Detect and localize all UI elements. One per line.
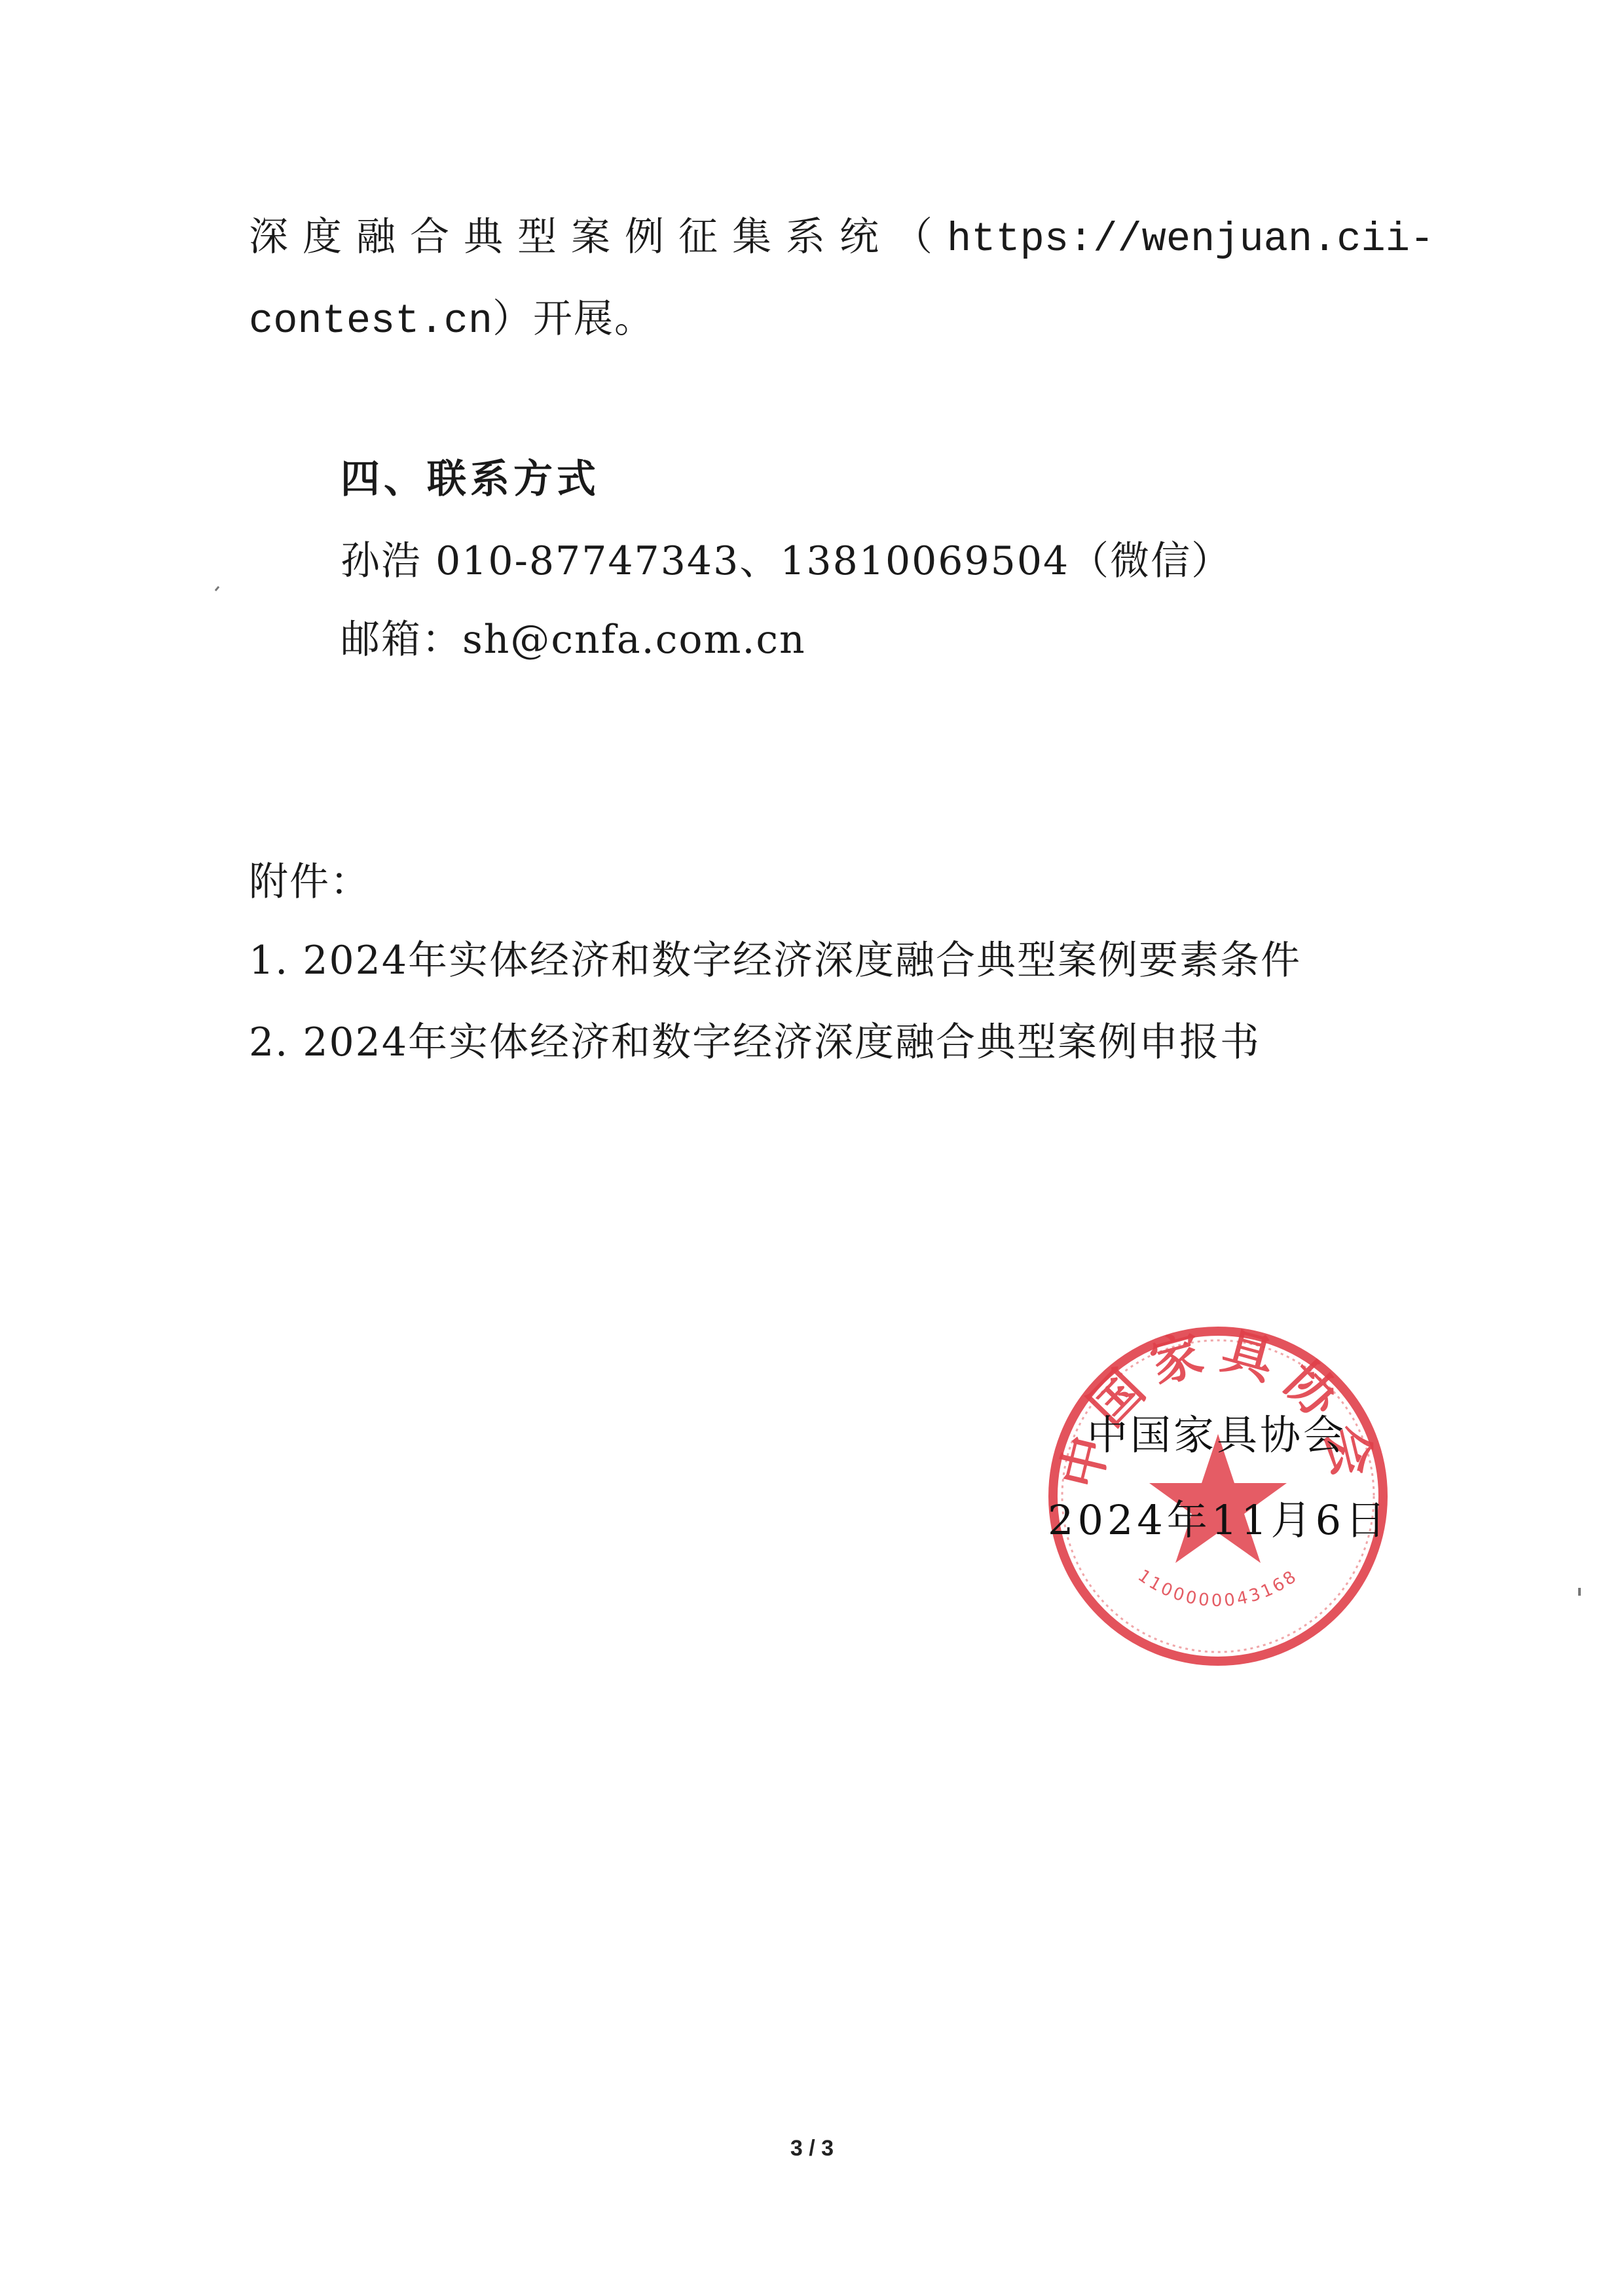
contact-heading: 四、联系方式	[341, 453, 600, 505]
attachments-label: 附件：	[249, 856, 371, 908]
contact-email: 邮箱：sh@cnfa.com.cn	[341, 614, 806, 666]
paragraph-line-1: 深度融合典型案例征集系统（https://wenjuan.cii-	[249, 211, 1434, 266]
system-url-part1[interactable]: https://wenjuan.cii-	[947, 216, 1434, 263]
paragraph-text-cn: 深度融合典型案例征集系统（	[249, 214, 947, 260]
scan-speck	[1578, 1588, 1581, 1596]
attachment-item-1: 1. 2024年实体经济和数字经济深度融合典型案例要素条件	[249, 934, 1301, 987]
signature-date: 2024年11月6日	[1048, 1494, 1390, 1547]
paragraph-line-2: contest.cn）开展。	[249, 293, 655, 348]
paragraph-text-end: ）开展。	[492, 296, 655, 342]
attachment-item-2: 2. 2024年实体经济和数字经济深度融合典型案例申报书	[249, 1016, 1261, 1069]
system-url-part2[interactable]: contest.cn	[249, 298, 492, 344]
signature-organization: 中国家具协会	[1087, 1409, 1346, 1461]
scan-speck	[215, 586, 219, 591]
page-number: 3 / 3	[0, 2136, 1624, 2161]
contact-phone: 孙浩 010-87747343、13810069504（微信）	[341, 535, 1232, 587]
svg-text:1100000043168: 1100000043168	[1134, 1566, 1302, 1611]
